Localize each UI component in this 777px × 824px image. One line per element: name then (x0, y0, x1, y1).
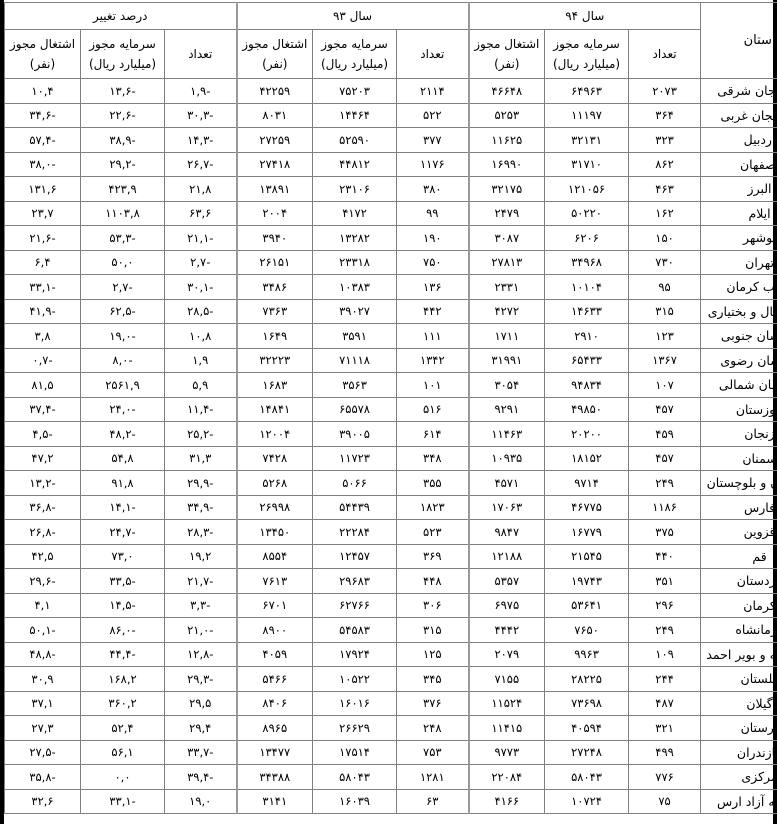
y93-count-cell: ۳۷۶ (397, 691, 469, 716)
y94-count-cell: ۷۳۰ (629, 250, 701, 275)
y94-employment-cell: ۱۱۴۱۵ (469, 716, 545, 741)
table-row: گلستان۲۴۴۲۸۲۲۵۷۱۵۵۳۴۵۱۰۵۲۲۵۴۶۶-۲۹,۳۱۶۸,۲… (5, 667, 777, 692)
change-employment-cell: ۲۷,۳ (5, 716, 81, 741)
table-row: کرمان۲۹۶۵۳۶۴۱۶۹۷۵۳۰۶۶۲۷۶۶۶۷۰۱-۳,۳-۱۴,۵۴,… (5, 593, 777, 618)
y93-capital-cell: ۲۹۶۸۳ (313, 569, 397, 594)
y94-employment-cell: ۴۱۶۶ (469, 789, 545, 814)
y94-employment-cell: ۱۱۵۲۴ (469, 691, 545, 716)
y93-count-cell: ۵۲۳ (397, 520, 469, 545)
y93-capital-cell: ۵۴۴۳۹ (313, 495, 397, 520)
y93-count-cell: ۱۸۲۳ (397, 495, 469, 520)
province-name-cell: خراسان جنوبی (701, 324, 777, 349)
y93-employment-cell: ۳۱۴۱ (237, 789, 313, 814)
y93-capital-cell: ۴۴۸۱۲ (313, 152, 397, 177)
change-employment-cell: -۴,۵ (5, 422, 81, 447)
y93-count-cell: ۳۵۵ (397, 471, 469, 496)
y94-count-cell: ۲۴۹ (629, 618, 701, 643)
y93-employment-cell: ۸۹۰۰ (237, 618, 313, 643)
y94-count-cell: ۳۲۱ (629, 716, 701, 741)
change-count-cell: -۱۴,۳ (165, 128, 237, 153)
y94-employment-cell: ۶۹۷۵ (469, 593, 545, 618)
table-row: خراسان جنوبی۱۲۳۲۹۱۰۱۷۱۱۱۱۱۳۵۹۱۱۶۴۹۱۰,۸-۱… (5, 324, 777, 349)
y93-count-cell: ۲۴۸ (397, 716, 469, 741)
table-row: ایلام۱۶۲۵۰۲۲۰۲۴۷۹۹۹۴۱۷۲۲۰۰۴۶۳,۶۱۱۰۳,۸۲۳,… (5, 201, 777, 226)
y93-capital-cell: ۵۸۰۴۳ (313, 765, 397, 790)
y93-employment-cell: ۱۶۴۹ (237, 324, 313, 349)
y93-count-cell: ۲۱۱۴ (397, 79, 469, 104)
y94-count-cell: ۲۴۴ (629, 667, 701, 692)
province-name-cell: سمنان (701, 446, 777, 471)
province-name-cell: مازندران (701, 740, 777, 765)
y94-count-cell: ۱۳۶۷ (629, 348, 701, 373)
y93-count-cell: ۳۸۰ (397, 177, 469, 202)
y94-count-cell: ۴۶۳ (629, 177, 701, 202)
y93-employment-cell: ۷۶۱۳ (237, 569, 313, 594)
change-capital-cell: -۳۳,۱ (81, 789, 165, 814)
province-name-cell: فارس (701, 495, 777, 520)
province-name-cell: آذربایجان غربی (701, 103, 777, 128)
y94-capital-cell: ۱۲۱۰۵۶ (545, 177, 629, 202)
y94-capital-cell: ۴۹۸۵۰ (545, 397, 629, 422)
change-capital-cell: ۴۲۳,۹ (81, 177, 165, 202)
y94-count-cell: ۴۸۷ (629, 691, 701, 716)
y93-capital-cell: ۳۵۹۱ (313, 324, 397, 349)
table-row: سمنان۴۵۷۱۸۱۵۲۱۰۹۳۵۳۴۸۱۱۷۲۳۷۴۲۸۳۱,۳۵۴,۸۴۷… (5, 446, 777, 471)
table-row: فارس۱۱۸۶۴۶۷۷۵۱۷۰۶۳۱۸۲۳۵۴۴۳۹۲۶۹۹۸-۳۴,۹-۱۴… (5, 495, 777, 520)
y94-count-cell: ۳۶۴ (629, 103, 701, 128)
y94-capital-cell: ۳۱۷۱۰ (545, 152, 629, 177)
y93-count-cell: ۳۶۹ (397, 544, 469, 569)
change-employment-cell: -۰,۷ (5, 348, 81, 373)
y94-employment-cell: ۵۲۵۳ (469, 103, 545, 128)
change-count-cell: -۲۱,۷ (165, 569, 237, 594)
y94-count-cell: ۱۱۸۶ (629, 495, 701, 520)
y93-capital-cell: ۵۰۶۶ (313, 471, 397, 496)
change-capital-cell: -۴۸,۲ (81, 422, 165, 447)
y94-employment-cell: ۱۲۱۸۸ (469, 544, 545, 569)
change-employment-cell: -۳۵,۸ (5, 765, 81, 790)
change-count-cell: -۳۹,۴ (165, 765, 237, 790)
change-capital-cell: -۵۳,۳ (81, 226, 165, 251)
group-header-change-percent: درصد تغییر (5, 3, 237, 30)
y93-capital-cell: ۱۶۰۱۶ (313, 691, 397, 716)
change-capital-cell: -۴۴,۴ (81, 642, 165, 667)
y93-count-cell: ۳۷۷ (397, 128, 469, 153)
y94-employment-cell: ۵۳۵۷ (469, 569, 545, 594)
province-name-cell: بوشهر (701, 226, 777, 251)
y93-employment-cell: ۱۲۰۰۴ (237, 422, 313, 447)
y94-count-cell: ۳۱۵ (629, 299, 701, 324)
y93-employment-cell: ۵۴۶۶ (237, 667, 313, 692)
y94-count-cell: ۱۰۹ (629, 642, 701, 667)
province-name-cell: اردبیل (701, 128, 777, 153)
y94-employment-cell: ۱۶۹۹۰ (469, 152, 545, 177)
change-employment-cell: ۳۰,۹ (5, 667, 81, 692)
subheader-count: تعداد (629, 30, 701, 79)
y93-capital-cell: ۱۶۰۳۹ (313, 789, 397, 814)
y94-capital-cell: ۶۵۴۳۳ (545, 348, 629, 373)
table-row: بوشهر۱۵۰۶۲۰۶۳۰۸۷۱۹۰۱۳۲۸۲۳۹۴۰-۲۱,۱-۵۳,۳-۲… (5, 226, 777, 251)
y93-count-cell: ۴۴۸ (397, 569, 469, 594)
y93-employment-cell: ۲۰۰۴ (237, 201, 313, 226)
y93-count-cell: ۳۴۸ (397, 446, 469, 471)
province-name-cell: سیستان و بلوچستان (701, 471, 777, 496)
y94-capital-cell: ۷۳۶۹۸ (545, 691, 629, 716)
change-capital-cell: -۸,۰ (81, 348, 165, 373)
province-permits-table: استان سال ۹۴ سال ۹۳ درصد تغییر تعداد سرم… (4, 2, 777, 814)
y94-capital-cell: ۷۶۵۰ (545, 618, 629, 643)
y93-count-cell: ۱۱۷۶ (397, 152, 469, 177)
province-name-cell: گلستان (701, 667, 777, 692)
y93-employment-cell: ۵۲۶۸ (237, 471, 313, 496)
change-employment-cell: ۳۲,۶ (5, 789, 81, 814)
change-capital-cell: ۵۲,۴ (81, 716, 165, 741)
province-name-cell: اصفهان (701, 152, 777, 177)
change-count-cell: ۲۹,۴ (165, 716, 237, 741)
y94-capital-cell: ۲۰۲۰۰ (545, 422, 629, 447)
change-count-cell: ۳۱,۳ (165, 446, 237, 471)
y94-employment-cell: ۹۷۷۳ (469, 740, 545, 765)
change-count-cell: ۱,۹ (165, 348, 237, 373)
y94-capital-cell: ۱۸۱۵۲ (545, 446, 629, 471)
y94-capital-cell: ۳۴۹۶۸ (545, 250, 629, 275)
y93-employment-cell: ۲۶۱۵۱ (237, 250, 313, 275)
change-capital-cell: ۷۳,۰ (81, 544, 165, 569)
y94-employment-cell: ۲۲۰۸۴ (469, 765, 545, 790)
change-count-cell: -۳۴,۹ (165, 495, 237, 520)
y94-capital-cell: ۵۳۶۴۱ (545, 593, 629, 618)
y94-employment-cell: ۱۷۱۱ (469, 324, 545, 349)
change-employment-cell: ۸۱,۵ (5, 373, 81, 398)
change-employment-cell: -۳۶,۸ (5, 495, 81, 520)
change-capital-cell: -۳۸,۹ (81, 128, 165, 153)
y93-count-cell: ۱۲۸۱ (397, 765, 469, 790)
y94-count-cell: ۳۷۵ (629, 520, 701, 545)
y93-employment-cell: ۴۰۵۹ (237, 642, 313, 667)
y94-capital-cell: ۶۲۰۶ (545, 226, 629, 251)
change-count-cell: -۲۱,۰ (165, 618, 237, 643)
y93-capital-cell: ۴۱۷۲ (313, 201, 397, 226)
change-employment-cell: ۳۷,۱ (5, 691, 81, 716)
y93-count-cell: ۹۹ (397, 201, 469, 226)
y94-capital-cell: ۴۰۵۹۴ (545, 716, 629, 741)
y94-capital-cell: ۵۰۲۲۰ (545, 201, 629, 226)
table-row: منطقه آزاد ارس۷۵۱۰۷۲۴۴۱۶۶۶۳۱۶۰۳۹۳۱۴۱۱۹,۰… (5, 789, 777, 814)
change-count-cell: -۳,۳ (165, 593, 237, 618)
subheader-employment: اشتغال مجوز (نفر) (5, 30, 81, 79)
y93-count-cell: ۱۲۵ (397, 642, 469, 667)
y94-employment-cell: ۴۲۷۲ (469, 299, 545, 324)
change-employment-cell: ۱۰,۴ (5, 79, 81, 104)
y93-capital-cell: ۱۴۴۶۴ (313, 103, 397, 128)
y93-capital-cell: ۲۳۱۰۶ (313, 177, 397, 202)
province-name-cell: البرز (701, 177, 777, 202)
y94-employment-cell: ۲۴۷۹ (469, 201, 545, 226)
y94-capital-cell: ۲۷۲۴۸ (545, 740, 629, 765)
change-capital-cell: ۰,۰ (81, 765, 165, 790)
table-row: چهارمحال و بختیاری۳۱۵۱۴۶۳۳۴۲۷۲۴۴۲۳۹۰۲۷۷۳… (5, 299, 777, 324)
y94-count-cell: ۱۲۳ (629, 324, 701, 349)
y94-count-cell: ۴۵۹ (629, 422, 701, 447)
change-capital-cell: -۲۴,۰ (81, 397, 165, 422)
y93-employment-cell: ۱۳۸۹۱ (237, 177, 313, 202)
y93-capital-cell: ۵۴۵۸۳ (313, 618, 397, 643)
change-count-cell: -۲۹,۹ (165, 471, 237, 496)
y94-count-cell: ۲۴۹ (629, 471, 701, 496)
change-capital-cell: ۵۶,۱ (81, 740, 165, 765)
change-count-cell: -۱۲,۸ (165, 642, 237, 667)
change-count-cell: ۱۰,۸ (165, 324, 237, 349)
y93-employment-cell: ۲۷۴۱۸ (237, 152, 313, 177)
change-count-cell: -۲,۷ (165, 250, 237, 275)
y94-employment-cell: ۱۱۶۲۵ (469, 128, 545, 153)
change-employment-cell: ۳,۸ (5, 324, 81, 349)
change-count-cell: -۲۹,۳ (165, 667, 237, 692)
change-capital-cell: -۱۴,۵ (81, 593, 165, 618)
province-header: استان (701, 3, 777, 79)
group-header-year94: سال ۹۴ (469, 3, 701, 30)
y93-employment-cell: ۸۵۵۴ (237, 544, 313, 569)
y94-count-cell: ۸۶۲ (629, 152, 701, 177)
y94-count-cell: ۲۹۶ (629, 593, 701, 618)
change-capital-cell: ۵۴,۸ (81, 446, 165, 471)
y94-employment-cell: ۱۱۴۶۳ (469, 422, 545, 447)
change-employment-cell: -۵۷,۴ (5, 128, 81, 153)
y93-count-cell: ۳۱۵ (397, 618, 469, 643)
change-count-cell: ۲۹,۵ (165, 691, 237, 716)
table-row: آذربایجان شرقی۲۰۷۳۶۴۹۶۳۴۶۶۴۸۲۱۱۴۷۵۲۰۳۴۲۲… (5, 79, 777, 104)
change-employment-cell: -۳۴,۶ (5, 103, 81, 128)
y94-capital-cell: ۹۴۸۳۴ (545, 373, 629, 398)
change-count-cell: -۱,۹ (165, 79, 237, 104)
y94-employment-cell: ۱۷۰۶۳ (469, 495, 545, 520)
y93-count-cell: ۶۱۴ (397, 422, 469, 447)
y94-employment-cell: ۳۲۱۷۵ (469, 177, 545, 202)
change-employment-cell: ۱۳۱,۶ (5, 177, 81, 202)
y93-employment-cell: ۶۷۰۱ (237, 593, 313, 618)
y94-employment-cell: ۲۰۷۹ (469, 642, 545, 667)
y94-capital-cell: ۹۹۶۳ (545, 642, 629, 667)
province-name-cell: خوزستان (701, 397, 777, 422)
table-row: جنوب کرمان۹۵۱۰۱۰۴۲۳۳۱۱۳۶۱۰۳۸۳۳۴۸۶-۳۰,۱-۲… (5, 275, 777, 300)
y93-capital-cell: ۲۳۳۱۸ (313, 250, 397, 275)
change-capital-cell: ۱۱۰۳,۸ (81, 201, 165, 226)
change-count-cell: -۲۱,۱ (165, 226, 237, 251)
y93-capital-cell: ۱۲۴۵۷ (313, 544, 397, 569)
y93-capital-cell: ۲۲۲۸۴ (313, 520, 397, 545)
change-employment-cell: -۲۹,۶ (5, 569, 81, 594)
table-row: مرکزی۷۷۶۵۸۰۴۳۲۲۰۸۴۱۲۸۱۵۸۰۴۳۳۴۳۸۸-۳۹,۴۰,۰… (5, 765, 777, 790)
change-capital-cell: -۳۳,۵ (81, 569, 165, 594)
province-name-cell: خراسان رضوی (701, 348, 777, 373)
change-count-cell: ۱۹,۲ (165, 544, 237, 569)
table-row: خراسان رضوی۱۳۶۷۶۵۴۳۳۳۱۹۹۱۱۳۴۲۷۱۱۱۸۳۲۲۲۳۱… (5, 348, 777, 373)
subheader-capital: سرمایه مجوز (میلیارد ریال) (81, 30, 165, 79)
subheader-count: تعداد (165, 30, 237, 79)
y94-count-cell: ۲۰۷۳ (629, 79, 701, 104)
province-name-cell: لرستان (701, 716, 777, 741)
change-count-cell: -۲۸,۳ (165, 520, 237, 545)
table-row: لرستان۳۲۱۴۰۵۹۴۱۱۴۱۵۲۴۸۲۶۶۲۹۸۹۶۵۲۹,۴۵۲,۴۲… (5, 716, 777, 741)
y93-capital-cell: ۵۲۵۹۰ (313, 128, 397, 153)
change-count-cell: ۶۳,۶ (165, 201, 237, 226)
y93-capital-cell: ۲۶۶۲۹ (313, 716, 397, 741)
y94-employment-cell: ۹۸۴۷ (469, 520, 545, 545)
y93-capital-cell: ۱۷۵۱۴ (313, 740, 397, 765)
change-capital-cell: -۲۹,۲ (81, 152, 165, 177)
table-row: گیلان۴۸۷۷۳۶۹۸۱۱۵۲۴۳۷۶۱۶۰۱۶۸۴۰۶۲۹,۵۳۶۰,۲۳… (5, 691, 777, 716)
change-employment-cell: -۴۸,۸ (5, 642, 81, 667)
province-name-cell: ایلام (701, 201, 777, 226)
y93-employment-cell: ۱۶۸۳ (237, 373, 313, 398)
province-name-cell: کرمان (701, 593, 777, 618)
change-count-cell: -۳۰,۱ (165, 275, 237, 300)
change-employment-cell: ۴۷,۲ (5, 446, 81, 471)
table-row: قم۴۴۰۲۱۵۴۵۱۲۱۸۸۳۶۹۱۲۴۵۷۸۵۵۴۱۹,۲۷۳,۰۴۲,۵ (5, 544, 777, 569)
y94-employment-cell: ۹۲۹۱ (469, 397, 545, 422)
y93-employment-cell: ۱۳۴۷۷ (237, 740, 313, 765)
table-row: خراسان شمالی۱۰۷۹۴۸۳۴۳۰۵۴۱۰۱۳۵۶۳۱۶۸۳۵,۹۲۵… (5, 373, 777, 398)
y93-capital-cell: ۱۰۵۲۲ (313, 667, 397, 692)
y94-count-cell: ۳۵۱ (629, 569, 701, 594)
y94-count-cell: ۳۲۳ (629, 128, 701, 153)
y94-count-cell: ۹۵ (629, 275, 701, 300)
y94-employment-cell: ۲۷۸۱۳ (469, 250, 545, 275)
change-employment-cell: -۱۳,۲ (5, 471, 81, 496)
y94-capital-cell: ۲۸۲۲۵ (545, 667, 629, 692)
table-row: قزوین۳۷۵۱۶۷۷۹۹۸۴۷۵۲۳۲۲۲۸۴۱۳۴۵۰-۲۸,۳-۲۴,۷… (5, 520, 777, 545)
y93-capital-cell: ۷۱۱۱۸ (313, 348, 397, 373)
y93-employment-cell: ۷۳۶۳ (237, 299, 313, 324)
y94-count-cell: ۴۵۷ (629, 446, 701, 471)
y93-employment-cell: ۳۲۲۲۳ (237, 348, 313, 373)
y94-capital-cell: ۱۰۷۲۴ (545, 789, 629, 814)
change-count-cell: ۱۹,۰ (165, 789, 237, 814)
y94-count-cell: ۴۹۹ (629, 740, 701, 765)
table-row: زنجان۴۵۹۲۰۲۰۰۱۱۴۶۳۶۱۴۳۹۰۰۵۱۲۰۰۴-۲۵,۲-۴۸,… (5, 422, 777, 447)
y93-capital-cell: ۱۷۹۲۴ (313, 642, 397, 667)
y94-employment-cell: ۳۰۸۷ (469, 226, 545, 251)
change-employment-cell: -۳۷,۴ (5, 397, 81, 422)
change-capital-cell: ۳۶۰,۲ (81, 691, 165, 716)
province-name-cell: قم (701, 544, 777, 569)
y93-capital-cell: ۱۰۳۸۳ (313, 275, 397, 300)
y94-employment-cell: ۱۰۹۳۵ (469, 446, 545, 471)
y93-capital-cell: ۱۱۷۲۳ (313, 446, 397, 471)
table-body: آذربایجان شرقی۲۰۷۳۶۴۹۶۳۴۶۶۴۸۲۱۱۴۷۵۲۰۳۴۲۲… (5, 79, 777, 814)
subheader-employment: اشتغال مجوز (نفر) (469, 30, 545, 79)
change-employment-cell: -۵۰,۱ (5, 618, 81, 643)
y94-capital-cell: ۱۰۱۰۴ (545, 275, 629, 300)
y93-employment-cell: ۴۲۲۵۹ (237, 79, 313, 104)
table-row: سیستان و بلوچستان۲۴۹۹۷۱۴۴۵۷۱۳۵۵۵۰۶۶۵۲۶۸-… (5, 471, 777, 496)
province-name-cell: خراسان شمالی (701, 373, 777, 398)
y93-capital-cell: ۶۵۵۷۸ (313, 397, 397, 422)
province-name-cell: چهارمحال و بختیاری (701, 299, 777, 324)
y93-count-cell: ۵۱۶ (397, 397, 469, 422)
y93-count-cell: ۱۱۱ (397, 324, 469, 349)
y94-count-cell: ۱۵۰ (629, 226, 701, 251)
table-row: مازندران۴۹۹۲۷۲۴۸۹۷۷۳۷۵۳۱۷۵۱۴۱۳۴۷۷-۳۳,۷۵۶… (5, 740, 777, 765)
province-name-cell: آذربایجان شرقی (701, 79, 777, 104)
y93-employment-cell: ۳۹۴۰ (237, 226, 313, 251)
y94-employment-cell: ۷۱۵۵ (469, 667, 545, 692)
change-capital-cell: -۱۴,۱ (81, 495, 165, 520)
y93-count-cell: ۳۴۵ (397, 667, 469, 692)
change-capital-cell: -۸۶,۰ (81, 618, 165, 643)
change-employment-cell: -۲۱,۶ (5, 226, 81, 251)
y93-count-cell: ۵۲۲ (397, 103, 469, 128)
subheader-employment: اشتغال مجوز (نفر) (237, 30, 313, 79)
province-name-cell: جنوب کرمان (701, 275, 777, 300)
change-employment-cell: ۶,۴ (5, 250, 81, 275)
table-row: خوزستان۴۵۷۴۹۸۵۰۹۲۹۱۵۱۶۶۵۵۷۸۱۴۸۴۱-۱۱,۴-۲۴… (5, 397, 777, 422)
subheader-capital: سرمایه مجوز (میلیارد ریال) (545, 30, 629, 79)
table-row: البرز۴۶۳۱۲۱۰۵۶۳۲۱۷۵۳۸۰۲۳۱۰۶۱۳۸۹۱۲۱,۸۴۲۳,… (5, 177, 777, 202)
table-row: آذربایجان غربی۳۶۴۱۱۱۹۷۵۲۵۳۵۲۲۱۴۴۶۴۸۰۳۱-۳… (5, 103, 777, 128)
group-header-year93: سال ۹۳ (237, 3, 469, 30)
y93-count-cell: ۱۹۰ (397, 226, 469, 251)
y94-count-cell: ۱۶۲ (629, 201, 701, 226)
table-row: کرمانشاه۲۴۹۷۶۵۰۴۴۴۲۳۱۵۵۴۵۸۳۸۹۰۰-۲۱,۰-۸۶,… (5, 618, 777, 643)
y93-employment-cell: ۸۴۰۶ (237, 691, 313, 716)
y93-employment-cell: ۲۶۹۹۸ (237, 495, 313, 520)
change-count-cell: -۱۱,۴ (165, 397, 237, 422)
y93-capital-cell: ۳۹۰۰۵ (313, 422, 397, 447)
y93-count-cell: ۷۵۰ (397, 250, 469, 275)
y94-capital-cell: ۱۱۱۹۷ (545, 103, 629, 128)
y93-employment-cell: ۳۴۸۶ (237, 275, 313, 300)
change-count-cell: -۳۰,۳ (165, 103, 237, 128)
y93-count-cell: ۷۵۳ (397, 740, 469, 765)
y94-count-cell: ۷۷۶ (629, 765, 701, 790)
y94-capital-cell: ۱۴۶۳۳ (545, 299, 629, 324)
change-capital-cell: -۲۴,۷ (81, 520, 165, 545)
change-capital-cell: -۱۹,۰ (81, 324, 165, 349)
province-name-cell: منطقه آزاد ارس (701, 789, 777, 814)
y94-count-cell: ۱۰۷ (629, 373, 701, 398)
y94-capital-cell: ۱۶۷۷۹ (545, 520, 629, 545)
change-capital-cell: -۲۲,۶ (81, 103, 165, 128)
province-name-cell: زنجان (701, 422, 777, 447)
change-count-cell: ۲۱,۸ (165, 177, 237, 202)
province-name-cell: تهران (701, 250, 777, 275)
change-capital-cell: ۹۱,۸ (81, 471, 165, 496)
y93-count-cell: ۶۳ (397, 789, 469, 814)
y94-capital-cell: ۴۶۷۷۵ (545, 495, 629, 520)
y94-employment-cell: ۲۳۳۱ (469, 275, 545, 300)
y94-employment-cell: ۴۶۶۴۸ (469, 79, 545, 104)
change-employment-cell: ۲۳,۷ (5, 201, 81, 226)
change-employment-cell: ۴,۱ (5, 593, 81, 618)
y94-employment-cell: ۳۰۵۴ (469, 373, 545, 398)
y93-capital-cell: ۷۵۲۰۳ (313, 79, 397, 104)
y93-capital-cell: ۱۳۲۸۲ (313, 226, 397, 251)
y93-employment-cell: ۲۷۲۵۹ (237, 128, 313, 153)
province-name-cell: گیلان (701, 691, 777, 716)
province-name-cell: کردستان (701, 569, 777, 594)
table-row: اصفهان۸۶۲۳۱۷۱۰۱۶۹۹۰۱۱۷۶۴۴۸۱۲۲۷۴۱۸-۲۶,۷-۲… (5, 152, 777, 177)
y93-count-cell: ۱۰۱ (397, 373, 469, 398)
subheader-capital: سرمایه مجوز (میلیارد ریال) (313, 30, 397, 79)
province-name-cell: مرکزی (701, 765, 777, 790)
y94-employment-cell: ۴۵۷۱ (469, 471, 545, 496)
change-capital-cell: ۱۶۸,۲ (81, 667, 165, 692)
y93-employment-cell: ۸۰۳۱ (237, 103, 313, 128)
y94-capital-cell: ۹۷۱۴ (545, 471, 629, 496)
table-row: کردستان۳۵۱۱۹۷۴۳۵۳۵۷۴۴۸۲۹۶۸۳۷۶۱۳-۲۱,۷-۳۳,… (5, 569, 777, 594)
y94-count-cell: ۴۵۷ (629, 397, 701, 422)
